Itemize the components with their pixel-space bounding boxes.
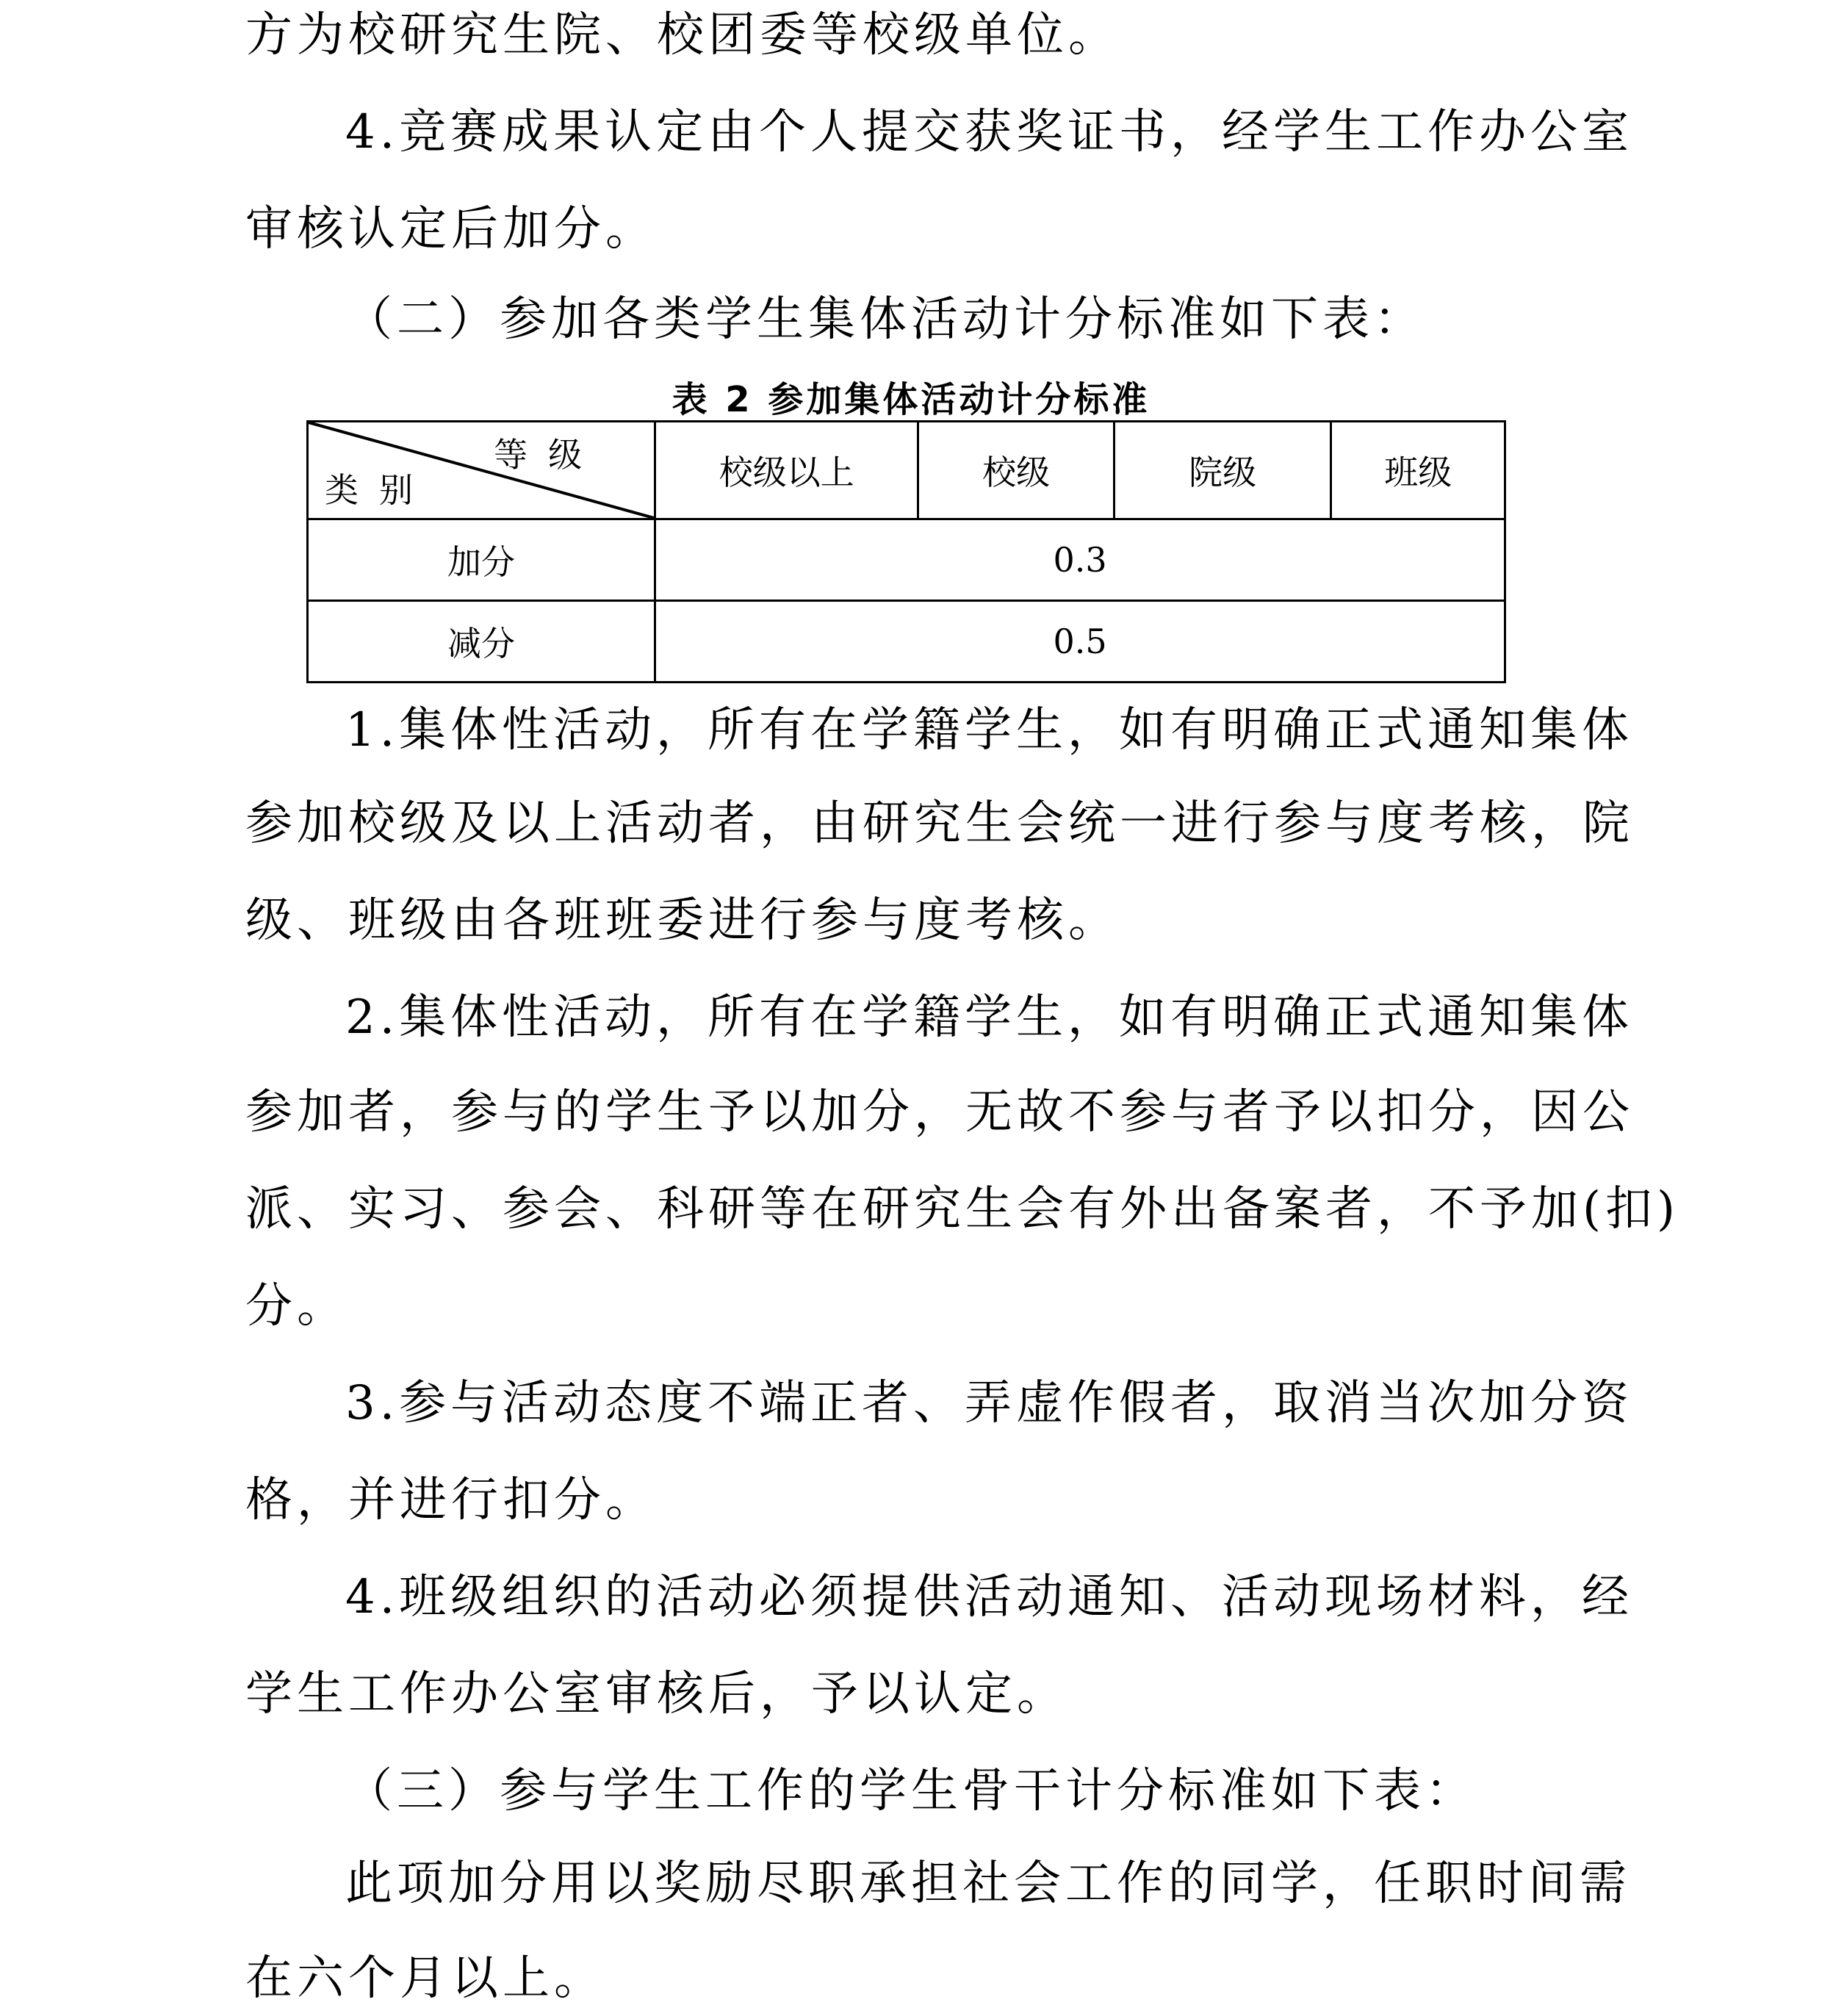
paragraph-line: 派、实习、参会、科研等在研究生会有外出备案者，不予加(扣) bbox=[245, 1180, 1679, 1239]
paragraph-line: 此项加分用以奖励尽职承担社会工作的同学，任职时间需 bbox=[345, 1854, 1631, 1913]
paragraph-line: 参加者，参与的学生予以加分，无故不参与者予以扣分，因公 bbox=[245, 1083, 1634, 1142]
diagonal-header-cell: 等级 类别 bbox=[308, 422, 655, 519]
row-value: 0.5 bbox=[655, 601, 1505, 683]
scoring-table: 等级 类别 校级以上 校级 院级 班级 加分 0.3 减分 0.5 bbox=[306, 420, 1506, 683]
paragraph-line: 1.集体性活动，所有在学籍学生，如有明确正式通知集体 bbox=[345, 701, 1633, 760]
table-row: 加分 0.3 bbox=[308, 519, 1505, 601]
column-header: 班级 bbox=[1331, 422, 1505, 519]
paragraph-line: 格，并进行扣分。 bbox=[245, 1471, 657, 1530]
header-category-label: 类别 bbox=[325, 464, 433, 512]
row-label: 减分 bbox=[308, 601, 655, 683]
section-heading: （二）参加各类学生集体活动计分标准如下表： bbox=[345, 290, 1425, 349]
paragraph-line: 2.集体性活动，所有在学籍学生，如有明确正式通知集体 bbox=[345, 988, 1633, 1047]
paragraph-line: 参加校级及以上活动者，由研究生会统一进行参与度考核，院 bbox=[245, 794, 1634, 853]
column-header: 校级 bbox=[918, 422, 1115, 519]
paragraph-line: 在六个月以上。 bbox=[245, 1949, 605, 2008]
header-level-label: 等级 bbox=[494, 428, 602, 477]
paragraph-line: 级、班级由各班班委进行参与度考核。 bbox=[245, 891, 1120, 950]
section-heading: （三）参与学生工作的学生骨干计分标准如下表： bbox=[345, 1762, 1477, 1821]
table-row: 减分 0.5 bbox=[308, 601, 1505, 683]
column-header: 院级 bbox=[1114, 422, 1331, 519]
row-value: 0.3 bbox=[655, 519, 1505, 601]
paragraph-line: 分。 bbox=[245, 1277, 348, 1336]
paragraph-line: 3.参与活动态度不端正者、弄虚作假者，取消当次加分资 bbox=[345, 1374, 1633, 1433]
table-caption: 表 2 参加集体活动计分标准 bbox=[0, 371, 1822, 422]
paragraph-line: 学生工作办公室审核后，予以认定。 bbox=[245, 1665, 1068, 1724]
column-header: 校级以上 bbox=[655, 422, 918, 519]
paragraph-line: 4.竞赛成果认定由个人提交获奖证书，经学生工作办公室 bbox=[345, 103, 1633, 162]
row-label: 加分 bbox=[308, 519, 655, 601]
paragraph-line: 4.班级组织的活动必须提供活动通知、活动现场材料，经 bbox=[345, 1568, 1633, 1627]
table-header-row: 等级 类别 校级以上 校级 院级 班级 bbox=[308, 422, 1505, 519]
paragraph-line: 审核认定后加分。 bbox=[245, 200, 657, 259]
paragraph-line: 方为校研究生院、校团委等校级单位。 bbox=[245, 6, 1120, 65]
